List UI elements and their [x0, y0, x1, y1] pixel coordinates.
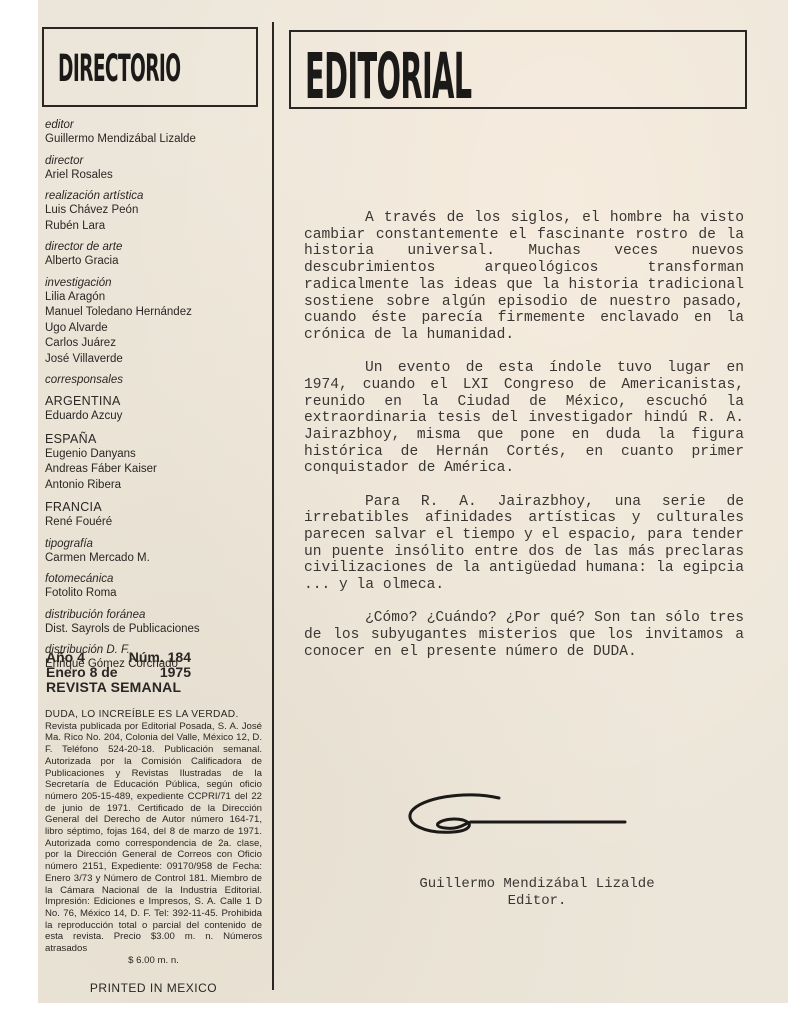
signature-block: Guillermo Mendizábal Lizalde Editor.	[392, 876, 682, 910]
directory-heading-box: DIRECTORIO	[42, 27, 258, 107]
directory-role: tipografía	[45, 537, 265, 551]
late-issue-price: $ 6.00 m. n.	[45, 955, 262, 967]
directory-heading: DIRECTORIO	[58, 47, 180, 91]
directory-name: Lilia Aragón	[45, 290, 265, 306]
printed-in-mexico: PRINTED IN MEXICO	[45, 981, 262, 995]
directory-name: Guillermo Mendizábal Lizalde	[45, 132, 265, 148]
directory-role: editor	[45, 118, 265, 132]
paragraph-text: A través de los siglos, el hombre ha vis…	[304, 210, 744, 343]
directory-name: José Villaverde	[45, 352, 265, 368]
directory-list: editorGuillermo Mendizábal Lizaldedirect…	[45, 112, 265, 673]
correspondent-name: Eugenio Danyans	[45, 447, 265, 463]
issue-date-row: Enero 8 de 1975	[46, 665, 191, 680]
correspondent-name: Antonio Ribera	[45, 478, 265, 494]
directory-name: Manuel Toledano Hernández	[45, 305, 265, 321]
correspondents-label: corresponsales	[45, 373, 265, 387]
editorial-heading: EDITORIAL	[305, 40, 472, 114]
directory-name: Luis Chávez Peón	[45, 203, 265, 219]
paragraph-text: Para R. A. Jairazbhoy, una serie de irre…	[304, 494, 744, 594]
correspondent-name: René Fouéré	[45, 515, 265, 531]
directory-name: Alberto Gracia	[45, 254, 265, 270]
signature-name: Guillermo Mendizábal Lizalde	[392, 876, 682, 893]
legal-body: Revista publicada por Editorial Posada, …	[45, 721, 262, 954]
editorial-paragraph: A través de los siglos, el hombre ha vis…	[304, 210, 744, 344]
issue-year: Año 4	[46, 650, 85, 665]
directory-name: Carlos Juárez	[45, 336, 265, 352]
issue-number: Núm. 184	[129, 650, 191, 665]
directory-name: Ugo Alvarde	[45, 321, 265, 337]
editorial-body: A través de los siglos, el hombre ha vis…	[304, 210, 744, 677]
directory-role: director	[45, 154, 265, 168]
paragraph-text: Un evento de esta índole tuvo lugar en 1…	[304, 360, 744, 476]
directory-name: Ariel Rosales	[45, 168, 265, 184]
editorial-paragraph: Para R. A. Jairazbhoy, una serie de irre…	[304, 494, 744, 594]
directory-name: Carmen Mercado M.	[45, 551, 265, 567]
directory-role: distribución foránea	[45, 608, 265, 622]
correspondent-country: ESPAÑA	[45, 432, 265, 447]
legal-notice: DUDA, LO INCREÍBLE ES LA VERDAD. Revista…	[45, 709, 262, 966]
issue-frequency: REVISTA SEMANAL	[46, 680, 261, 695]
correspondent-name: Andreas Fáber Kaiser	[45, 462, 265, 478]
signature-icon	[405, 790, 630, 850]
correspondent-country: ARGENTINA	[45, 394, 265, 409]
correspondent-country: FRANCIA	[45, 500, 265, 515]
directory-role: fotomecánica	[45, 572, 265, 586]
issue-number-row: Año 4 Núm. 184	[46, 650, 191, 665]
directory-role: director de arte	[45, 240, 265, 254]
issue-date: Enero 8 de	[46, 665, 118, 680]
directory-name: Rubén Lara	[45, 219, 265, 235]
issue-info: Año 4 Núm. 184 Enero 8 de 1975 REVISTA S…	[46, 650, 261, 695]
directory-role: investigación	[45, 276, 265, 290]
editorial-paragraph: Un evento de esta índole tuvo lugar en 1…	[304, 360, 744, 477]
legal-title: DUDA, LO INCREÍBLE ES LA VERDAD.	[45, 709, 262, 721]
signature-title: Editor.	[392, 893, 682, 910]
directory-role: realización artística	[45, 189, 265, 203]
paragraph-text: ¿Cómo? ¿Cuándo? ¿Por qué? Son tan sólo t…	[304, 610, 744, 659]
editorial-heading-box: EDITORIAL	[289, 30, 747, 109]
directory-name: Fotolito Roma	[45, 586, 265, 602]
column-divider	[272, 22, 274, 990]
issue-date-year: 1975	[160, 665, 191, 680]
directory-name: Dist. Sayrols de Publicaciones	[45, 622, 265, 638]
editorial-paragraph: ¿Cómo? ¿Cuándo? ¿Por qué? Son tan sólo t…	[304, 610, 744, 660]
correspondent-name: Eduardo Azcuy	[45, 409, 265, 425]
